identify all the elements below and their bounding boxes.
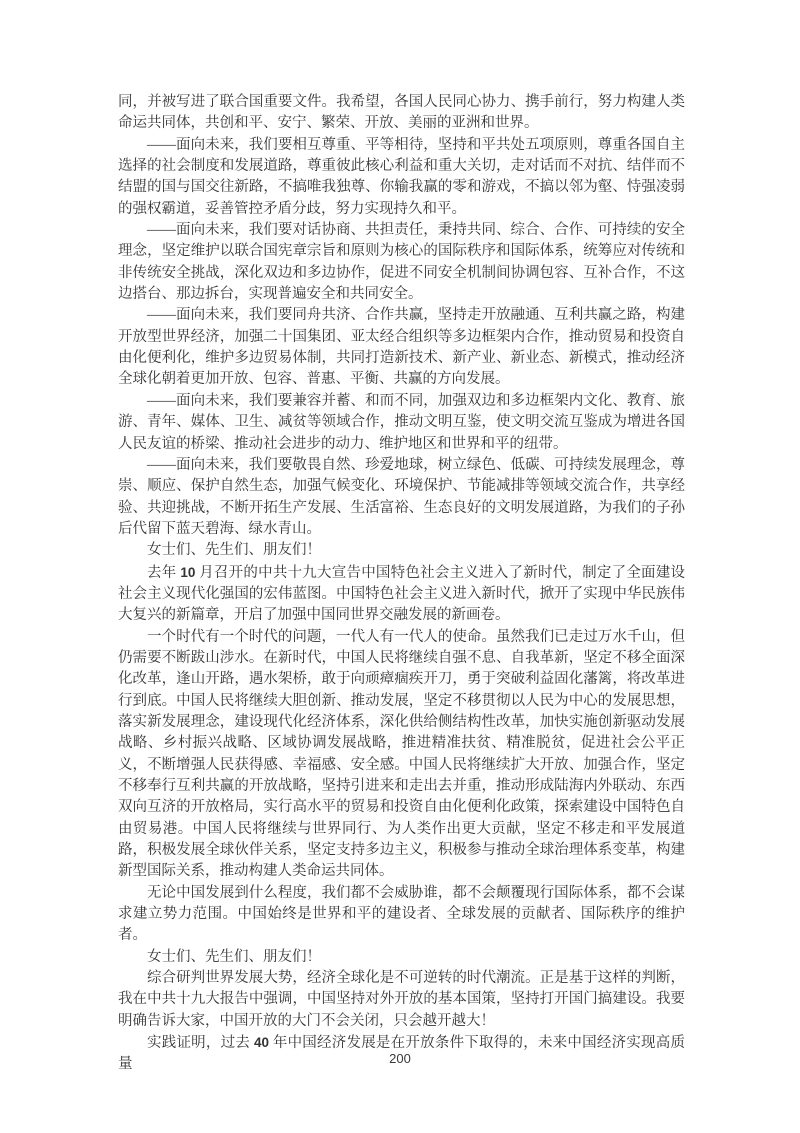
paragraph: 女士们、先生们、朋友们！	[118, 947, 685, 968]
latin-number: 40	[254, 1035, 269, 1050]
latin-number: 10	[180, 565, 195, 580]
paragraph: ——面向未来，我们要相互尊重、平等相待，坚持和平共处五项原则，尊重各国自主选择的…	[118, 135, 685, 220]
paragraph: ——面向未来，我们要对话协商、共担责任，秉持共同、综合、合作、可持续的安全理念，…	[118, 220, 685, 305]
page-number: 200	[0, 1051, 800, 1066]
paragraph: 同，并被写进了联合国重要文件。我希望，各国人民同心协力、携手前行，努力构建人类命…	[118, 92, 685, 135]
paragraph: 女士们、先生们、朋友们！	[118, 540, 685, 561]
paragraph: ——面向未来，我们要同舟共济、合作共赢，坚持走开放融通、互利共赢之路，构建开放型…	[118, 305, 685, 390]
paragraph: 综合研判世界发展大势，经济全球化是不可逆转的时代潮流。正是基于这样的判断，我在中…	[118, 968, 685, 1032]
document-page: 同，并被写进了联合国重要文件。我希望，各国人民同心协力、携手前行，努力构建人类命…	[0, 0, 800, 1133]
paragraph: ——面向未来，我们要兼容并蓄、和而不同，加强双边和多边框架内文化、教育、旅游、青…	[118, 391, 685, 455]
text-body: 同，并被写进了联合国重要文件。我希望，各国人民同心协力、携手前行，努力构建人类命…	[118, 92, 685, 1076]
paragraph: 一个时代有一个时代的问题，一代人有一代人的使命。虽然我们已走过万水千山，但仍需要…	[118, 627, 685, 883]
paragraph: 无论中国发展到什么程度，我们都不会威胁谁，都不会颠覆现行国际体系，都不会谋求建立…	[118, 883, 685, 947]
paragraph: ——面向未来，我们要敬畏自然、珍爱地球，树立绿色、低碳、可持续发展理念，尊崇、顺…	[118, 455, 685, 540]
paragraph: 去年 10 月召开的中共十九大宣告中国特色社会主义进入了新时代，制定了全面建设社…	[118, 562, 685, 627]
